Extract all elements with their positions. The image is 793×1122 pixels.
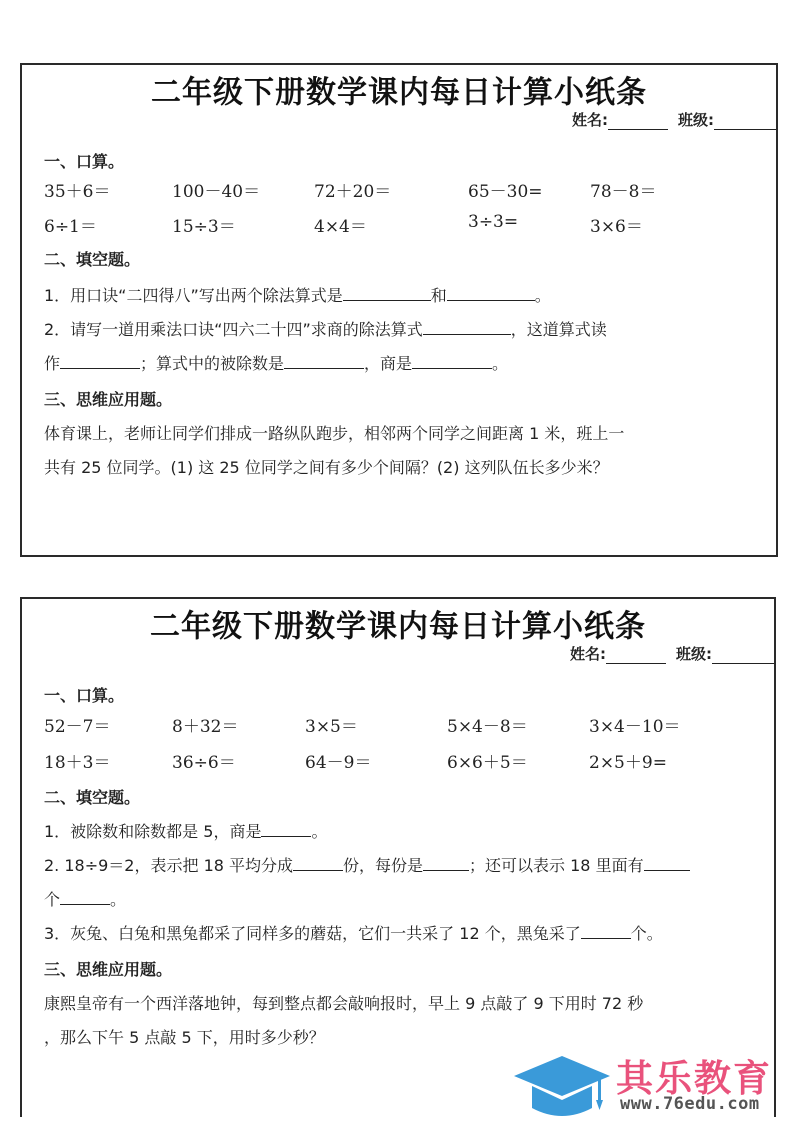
question-2-line-2: 作；算式中的被除数是，商是。 [44, 351, 770, 374]
calc-item: 78－8＝ [590, 177, 656, 202]
worksheet-1: 二年级下册数学课内每日计算小纸条 姓名: 班级: 一、口算。 35＋6＝ 100… [20, 63, 778, 557]
calc-item: 2×5＋9= [589, 748, 667, 773]
calc-row: 18＋3＝ 36÷6＝ 64－9＝ 6×6＋5＝ 2×5＋9= [22, 748, 774, 770]
answer-blank[interactable] [60, 891, 110, 905]
class-label: 班级: [678, 109, 714, 130]
question-1: 1．被除数和除数都是 5，商是。 [44, 819, 768, 842]
calc-item: 15÷3＝ [172, 212, 236, 237]
calc-item: 64－9＝ [305, 748, 371, 773]
word-problem-line-2: 共有 25 位同学。(1) 这 25 位同学之间有多少个间隔？(2) 这列队伍长… [44, 455, 770, 478]
name-blank[interactable] [606, 648, 666, 664]
answer-blank[interactable] [293, 857, 343, 871]
question-2-line-1: 2．请写一道用乘法口诀“四六二十四”求商的除法算式，这道算式读 [44, 317, 770, 340]
section-heading-fill-blank: 二、填空题。 [44, 247, 140, 270]
answer-blank[interactable] [423, 857, 469, 871]
calc-item: 36÷6＝ [172, 748, 236, 773]
answer-blank[interactable] [284, 355, 364, 369]
graduation-cap-icon [512, 1050, 612, 1122]
class-blank[interactable] [712, 648, 774, 664]
section-heading-oral: 一、口算。 [44, 683, 124, 706]
calc-item: 8＋32＝ [172, 712, 238, 737]
calc-item: 65－30= [468, 177, 543, 202]
answer-blank[interactable] [60, 355, 140, 369]
calc-item: 4×4＝ [314, 212, 367, 237]
answer-blank[interactable] [423, 321, 511, 335]
word-problem-line-1: 体育课上，老师让同学们排成一路纵队跑步，相邻两个同学之间距离 1 米，班上一 [44, 421, 770, 444]
calc-item: 3×4－10＝ [589, 712, 681, 737]
question-1: 1．用口诀“二四得八”写出两个除法算式是和。 [44, 283, 770, 306]
calc-item: 3×6＝ [590, 212, 643, 237]
calc-item: 3×5＝ [305, 712, 358, 737]
section-heading-application: 三、思维应用题。 [44, 387, 172, 410]
watermark-logo: 其乐教育 www.76edu.com [508, 1040, 793, 1122]
name-label: 姓名: [570, 643, 606, 664]
name-class-fields: 姓名: 班级: [572, 109, 776, 130]
question-3: 3．灰兔、白兔和黑兔都采了同样多的蘑菇，它们一共采了 12 个，黑兔采了个。 [44, 921, 768, 944]
class-label: 班级: [676, 643, 712, 664]
answer-blank[interactable] [412, 355, 492, 369]
watermark-url: www.76edu.com [620, 1094, 760, 1114]
name-class-fields: 姓名: 班级: [570, 643, 774, 664]
class-blank[interactable] [714, 114, 776, 130]
question-2-line-2: 个。 [44, 887, 768, 910]
answer-blank[interactable] [581, 925, 631, 939]
answer-blank[interactable] [261, 823, 311, 837]
name-label: 姓名: [572, 109, 608, 130]
question-2-line-1: 2. 18÷9＝2，表示把 18 平均分成份，每份是；还可以表示 18 里面有 [44, 853, 768, 876]
calc-item: 52－7＝ [44, 712, 110, 737]
calc-item: 5×4－8＝ [447, 712, 528, 737]
calc-item: 6÷1＝ [44, 212, 97, 237]
calc-row: 6÷1＝ 15÷3＝ 4×4＝ 3÷3= 3×6＝ [22, 212, 776, 234]
worksheet-title: 二年级下册数学课内每日计算小纸条 [22, 601, 774, 646]
calc-item: 100－40＝ [172, 177, 260, 202]
calc-item: 6×6＋5＝ [447, 748, 528, 773]
worksheet-2: 二年级下册数学课内每日计算小纸条 姓名: 班级: 一、口算。 52－7＝ 8＋3… [20, 597, 776, 1117]
calc-item: 3÷3= [468, 212, 518, 232]
section-heading-oral: 一、口算。 [44, 149, 124, 172]
answer-blank[interactable] [644, 857, 690, 871]
answer-blank[interactable] [447, 287, 535, 301]
section-heading-application: 三、思维应用题。 [44, 957, 172, 980]
calc-item: 35＋6＝ [44, 177, 110, 202]
name-blank[interactable] [608, 114, 668, 130]
word-problem-line-1: 康熙皇帝有一个西洋落地钟，每到整点都会敲响报时，早上 9 点敲了 9 下用时 7… [44, 991, 768, 1014]
calc-row: 35＋6＝ 100－40＝ 72＋20＝ 65－30= 78－8＝ [22, 177, 776, 199]
calc-item: 72＋20＝ [314, 177, 391, 202]
calc-item: 18＋3＝ [44, 748, 110, 773]
answer-blank[interactable] [343, 287, 431, 301]
section-heading-fill-blank: 二、填空题。 [44, 785, 140, 808]
calc-row: 52－7＝ 8＋32＝ 3×5＝ 5×4－8＝ 3×4－10＝ [22, 712, 774, 734]
worksheet-title: 二年级下册数学课内每日计算小纸条 [22, 67, 776, 112]
